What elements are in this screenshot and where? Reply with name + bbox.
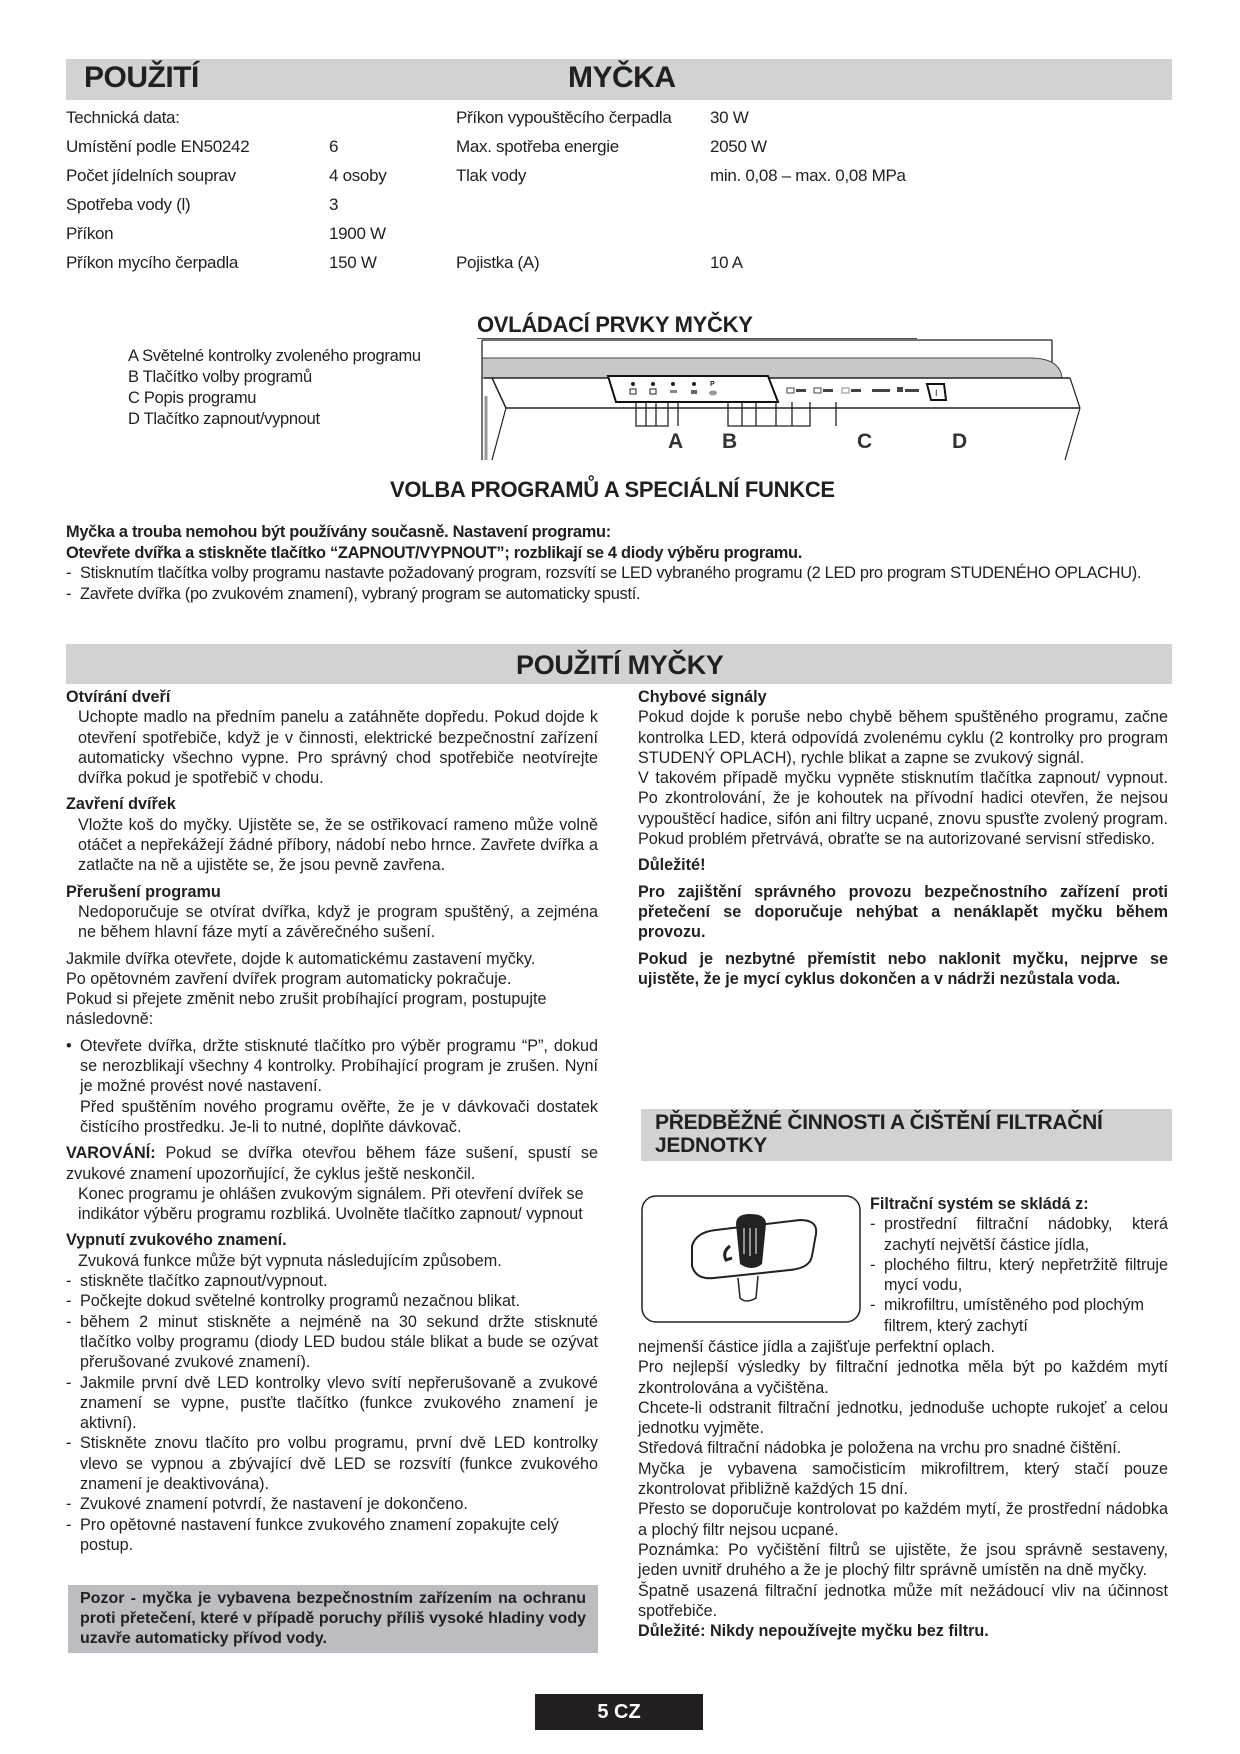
filter-components: Filtrační systém se skládá z: prostřední… xyxy=(870,1194,1168,1336)
spec-row-left: Technická data: xyxy=(66,103,180,132)
spec-row-left: Počet jídelních souprav4 osoby xyxy=(66,161,236,190)
auto-stop-2: Po opětovném zavření dvířek program auto… xyxy=(66,969,598,989)
spec-row-left: Příkon mycího čerpadla150 W xyxy=(66,248,238,277)
sound-step-3: během 2 minut stiskněte a nejméně na 30 … xyxy=(66,1312,598,1373)
spec-value: 4 osoby xyxy=(329,161,386,190)
power-button-glyph: I xyxy=(935,388,938,398)
error-text-2: V takovém případě myčku vypněte stisknut… xyxy=(638,768,1168,849)
filter-system-title: Filtrační systém se skládá z: xyxy=(870,1194,1168,1214)
legend-a: A Světelné kontrolky zvoleného programu xyxy=(128,346,421,367)
spec-label: Pojistka (A) xyxy=(456,253,539,272)
closing-title: Zavření dvířek xyxy=(66,794,598,814)
cancel-program-cont: Před spuštěním nového programu ověřte, ž… xyxy=(66,1097,598,1138)
spec-value: 30 W xyxy=(710,103,748,132)
sound-step-7: Pro opětovné nastavení funkce zvukového … xyxy=(66,1515,598,1556)
spec-row-left: Příkon1900 W xyxy=(66,219,113,248)
filter-illustration xyxy=(640,1194,862,1324)
control-panel-diagram: P I xyxy=(470,336,1090,460)
specs-table: Technická data:Umístění podle EN502426Po… xyxy=(66,103,1166,278)
spec-value: 10 A xyxy=(710,248,743,277)
important-text-2: Pokud je nezbytné přemístit nebo nakloni… xyxy=(638,949,1168,990)
interrupt-title: Přerušení programu xyxy=(66,882,598,902)
sound-step-5: Stiskněte znovu tlačíto pro volbu progra… xyxy=(66,1433,598,1494)
spec-value: 150 W xyxy=(329,248,377,277)
controls-legend: A Světelné kontrolky zvoleného programu … xyxy=(128,346,421,430)
usage-right-column: Chybové signály Pokud dojde k poruše neb… xyxy=(638,687,1168,989)
filter-paragraph-4: Středová filtrační nádobka je položena n… xyxy=(638,1438,1168,1458)
filter-final-warning: Důležité: Nikdy nepoužívejte myčku bez f… xyxy=(638,1621,1168,1641)
sound-step-1: stiskněte tlačítko zapnout/vypnout. xyxy=(66,1271,598,1291)
spec-label: Příkon xyxy=(66,224,113,243)
spec-row-right: Max. spotřeba energie2050 W xyxy=(456,132,619,161)
auto-stop-3: Pokud si přejete změnit nebo zrušit prob… xyxy=(66,989,598,1030)
diagram-label-d: D xyxy=(952,430,967,454)
filter-paragraph-3: Chcete-li odstranit filtrační jednotku, … xyxy=(638,1398,1168,1439)
spec-label: Umístění podle EN50242 xyxy=(66,137,249,156)
closing-text: Vložte koš do myčky. Ujistěte se, že se … xyxy=(66,815,598,876)
diagram-label-c: C xyxy=(857,430,872,454)
filter-component-2: plochého filtru, který nepřetržitě filtr… xyxy=(870,1255,1168,1296)
spec-label: Příkon vypouštěcího čerpadla xyxy=(456,108,672,127)
spec-value: 6 xyxy=(329,132,338,161)
auto-stop-1: Jakmile dvířka otevřete, dojde k automat… xyxy=(66,949,598,969)
program-note-2: Otevřete dvířka a stiskněte tlačítko “ZA… xyxy=(66,543,1176,564)
page-number-badge: 5 CZ xyxy=(535,1694,703,1730)
warning-paragraph: VAROVÁNÍ: Pokud se dvířka otevřou během … xyxy=(66,1143,598,1184)
error-title: Chybové signály xyxy=(638,687,1168,707)
spec-label: Technická data: xyxy=(66,108,180,127)
header-title-center: MYČKA xyxy=(568,61,676,95)
spec-value: min. 0,08 – max. 0,08 MPa xyxy=(710,161,906,190)
sound-step-2: Počkejte dokud světelné kontrolky progra… xyxy=(66,1291,598,1311)
filter-paragraph-5: Myčka je vybavena samočisticím mikrofilt… xyxy=(638,1459,1168,1500)
filter-component-1: prostřední filtrační nádobky, která zach… xyxy=(870,1214,1168,1255)
legend-d: D Tlačítko zapnout/vypnout xyxy=(128,409,421,430)
spec-label: Tlak vody xyxy=(456,166,526,185)
spec-label: Spotřeba vody (l) xyxy=(66,195,190,214)
spec-row-right: Tlak vodymin. 0,08 – max. 0,08 MPa xyxy=(456,161,526,190)
spec-row-right: Příkon vypouštěcího čerpadla30 W xyxy=(456,103,672,132)
spec-value: 2050 W xyxy=(710,132,767,161)
program-selection-title: VOLBA PROGRAMŮ A SPECIÁLNÍ FUNKCE xyxy=(390,477,835,503)
sound-intro: Zvuková funkce může být vypnuta následuj… xyxy=(66,1251,598,1271)
cancel-program-bullet: Otevřete dvířka, držte stisknuté tlačítk… xyxy=(66,1036,598,1097)
opening-text: Uchopte madlo na předním panelu a zatáhn… xyxy=(66,707,598,788)
important-text-1: Pro zajištění správného provozu bezpečno… xyxy=(638,882,1168,943)
spec-row-left: Umístění podle EN502426 xyxy=(66,132,249,161)
diagram-label-a: A xyxy=(668,430,683,454)
overflow-caution-box: Pozor - myčka je vybavena bezpečnostním … xyxy=(68,1585,598,1653)
controls-title: OVLÁDACÍ PRVKY MYČKY xyxy=(477,312,753,338)
spec-row-right: Pojistka (A)10 A xyxy=(456,248,539,277)
program-button-glyph: P xyxy=(710,381,715,388)
filter-paragraph-7: Poznámka: Po vyčištění filtrů se ujistět… xyxy=(638,1540,1168,1581)
legend-b: B Tlačítko volby programů xyxy=(128,367,421,388)
filter-paragraph-8: Špatně usazená filtrační jednotka může m… xyxy=(638,1581,1168,1622)
warning-cont: Konec programu je ohlášen zvukovým signá… xyxy=(66,1184,598,1225)
program-selection-text: Myčka a trouba nemohou být používány sou… xyxy=(66,522,1176,604)
usage-title: POUŽITÍ MYČKY xyxy=(516,650,724,681)
spec-row-left: Spotřeba vody (l)3 xyxy=(66,190,190,219)
filter-paragraph-2: Pro nejlepší výsledky by filtrační jedno… xyxy=(638,1357,1168,1398)
filter-paragraph-1: nejmenší částice jídla a zajišťuje perfe… xyxy=(638,1337,1168,1357)
sound-step-4: Jakmile první dvě LED kontrolky vlevo sv… xyxy=(66,1373,598,1434)
program-step-2: Zavřete dvířka (po zvukovém znamení), vy… xyxy=(66,584,1176,605)
spec-label: Max. spotřeba energie xyxy=(456,137,619,156)
legend-c: C Popis programu xyxy=(128,388,421,409)
spec-label: Příkon mycího čerpadla xyxy=(66,253,238,272)
program-note-1: Myčka a trouba nemohou být používány sou… xyxy=(66,522,1176,543)
sound-step-6: Zvukové znamení potvrdí, že nastavení je… xyxy=(66,1494,598,1514)
usage-left-column: Otvírání dveří Uchopte madlo na předním … xyxy=(66,687,598,1555)
filter-paragraph-6: Přesto se doporučuje kontrolovat po každ… xyxy=(638,1499,1168,1540)
sound-title: Vypnutí zvukového znamení. xyxy=(66,1230,598,1250)
filter-title: PŘEDBĚŽNÉ ČINNOSTI A ČIŠTĚNÍ FILTRAČNÍ J… xyxy=(655,1111,1155,1157)
program-step-1: Stisknutím tlačítka volby programu nasta… xyxy=(66,563,1176,584)
error-text-1: Pokud dojde k poruše nebo chybě během sp… xyxy=(638,707,1168,768)
important-title: Důležité! xyxy=(638,855,1168,875)
opening-title: Otvírání dveří xyxy=(66,687,598,707)
interrupt-text: Nedoporučuje se otvírat dvířka, když je … xyxy=(66,902,598,943)
header-title-left: POUŽITÍ xyxy=(84,61,199,95)
filter-paragraphs: nejmenší částice jídla a zajišťuje perfe… xyxy=(638,1337,1168,1641)
spec-value: 3 xyxy=(329,190,338,219)
filter-component-3: mikrofiltru, umístěného pod plochým filt… xyxy=(870,1295,1168,1336)
warning-label: VAROVÁNÍ: xyxy=(66,1144,156,1162)
spec-value: 1900 W xyxy=(329,219,386,248)
diagram-label-b: B xyxy=(722,430,737,454)
spec-label: Počet jídelních souprav xyxy=(66,166,236,185)
